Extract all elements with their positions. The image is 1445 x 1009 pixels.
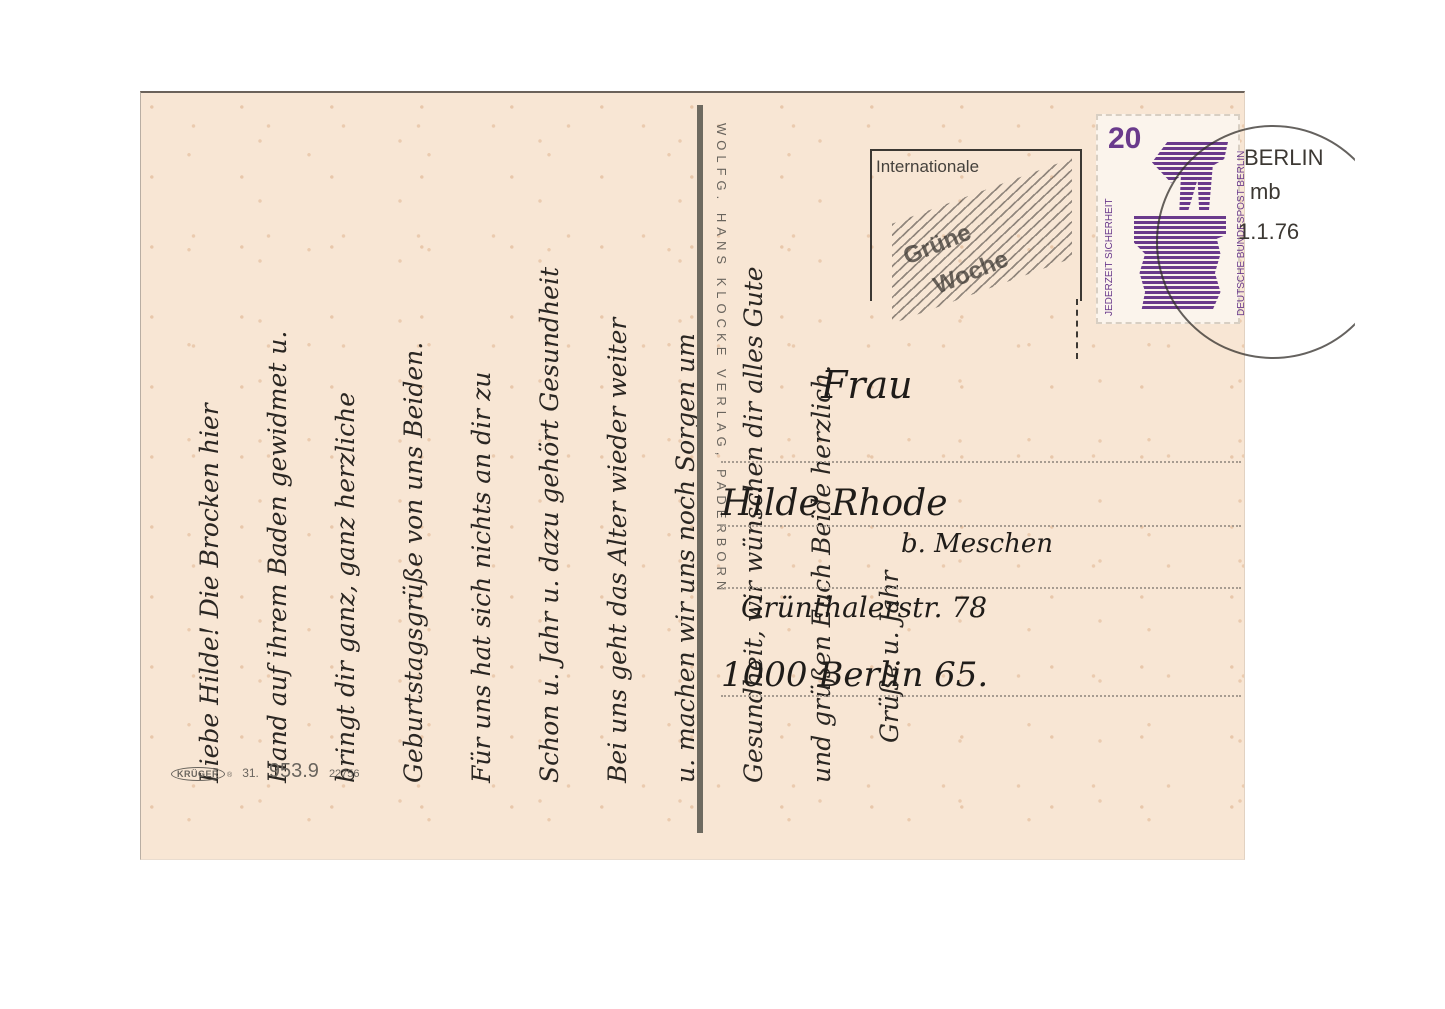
cancellation-line	[1076, 299, 1080, 359]
slogan-title: Internationale	[876, 157, 979, 177]
postmark-circle: BERLIN mb 1.1.76	[1156, 125, 1390, 359]
printer-mark: KRÜGER ® 31. 953.9 22756	[171, 760, 360, 783]
address-rule	[721, 587, 1241, 589]
message-line: Geburtstagsgrüße von uns Beiden.	[397, 123, 431, 783]
message-line: Liebe Hilde! Die Brocken hier	[193, 123, 227, 783]
address-city: 1000 Berlin 65.	[721, 655, 988, 695]
postmark-date: 1.1.76	[1238, 219, 1299, 245]
stamp-value: 20	[1108, 122, 1141, 156]
address-care-of: b. Meschen	[901, 529, 1053, 559]
message-line: bringt dir ganz, ganz herzliche	[329, 123, 363, 783]
stamp-motto: JEDERZEIT SICHERHEIT	[1104, 198, 1115, 316]
print-code-main: 953.9	[269, 760, 319, 783]
handwritten-message: Liebe Hilde! Die Brocken hier Hand auf i…	[159, 123, 679, 783]
center-divider	[697, 105, 703, 833]
print-code-prefix: 31.	[242, 766, 259, 780]
postmark-code: mb	[1250, 179, 1281, 205]
slogan-cancellation: Internationale Grüne Woche	[870, 149, 1082, 301]
address-rule	[721, 461, 1241, 463]
address-name: Hilde Rhode	[721, 483, 948, 524]
message-line: Schon u. Jahr u. dazu gehört Gesundheit	[533, 123, 567, 783]
postcard: Liebe Hilde! Die Brocken hier Hand auf i…	[140, 91, 1245, 860]
message-line: Bei uns geht das Alter wieder weiter	[601, 123, 635, 783]
message-line: Hand auf ihrem Baden gewidmet u.	[261, 123, 295, 783]
postmark-city: BERLIN	[1244, 145, 1323, 171]
print-code-suffix: 22756	[329, 768, 360, 780]
address-rule	[721, 695, 1241, 697]
address-salutation: Frau	[821, 363, 913, 407]
registered-icon: ®	[227, 772, 232, 779]
address-rule	[721, 525, 1241, 527]
message-line: Für uns hat sich nichts an dir zu	[465, 123, 499, 783]
kruger-logo: KRÜGER	[171, 767, 225, 781]
address-street: Grünthalerstr. 78	[741, 591, 987, 624]
